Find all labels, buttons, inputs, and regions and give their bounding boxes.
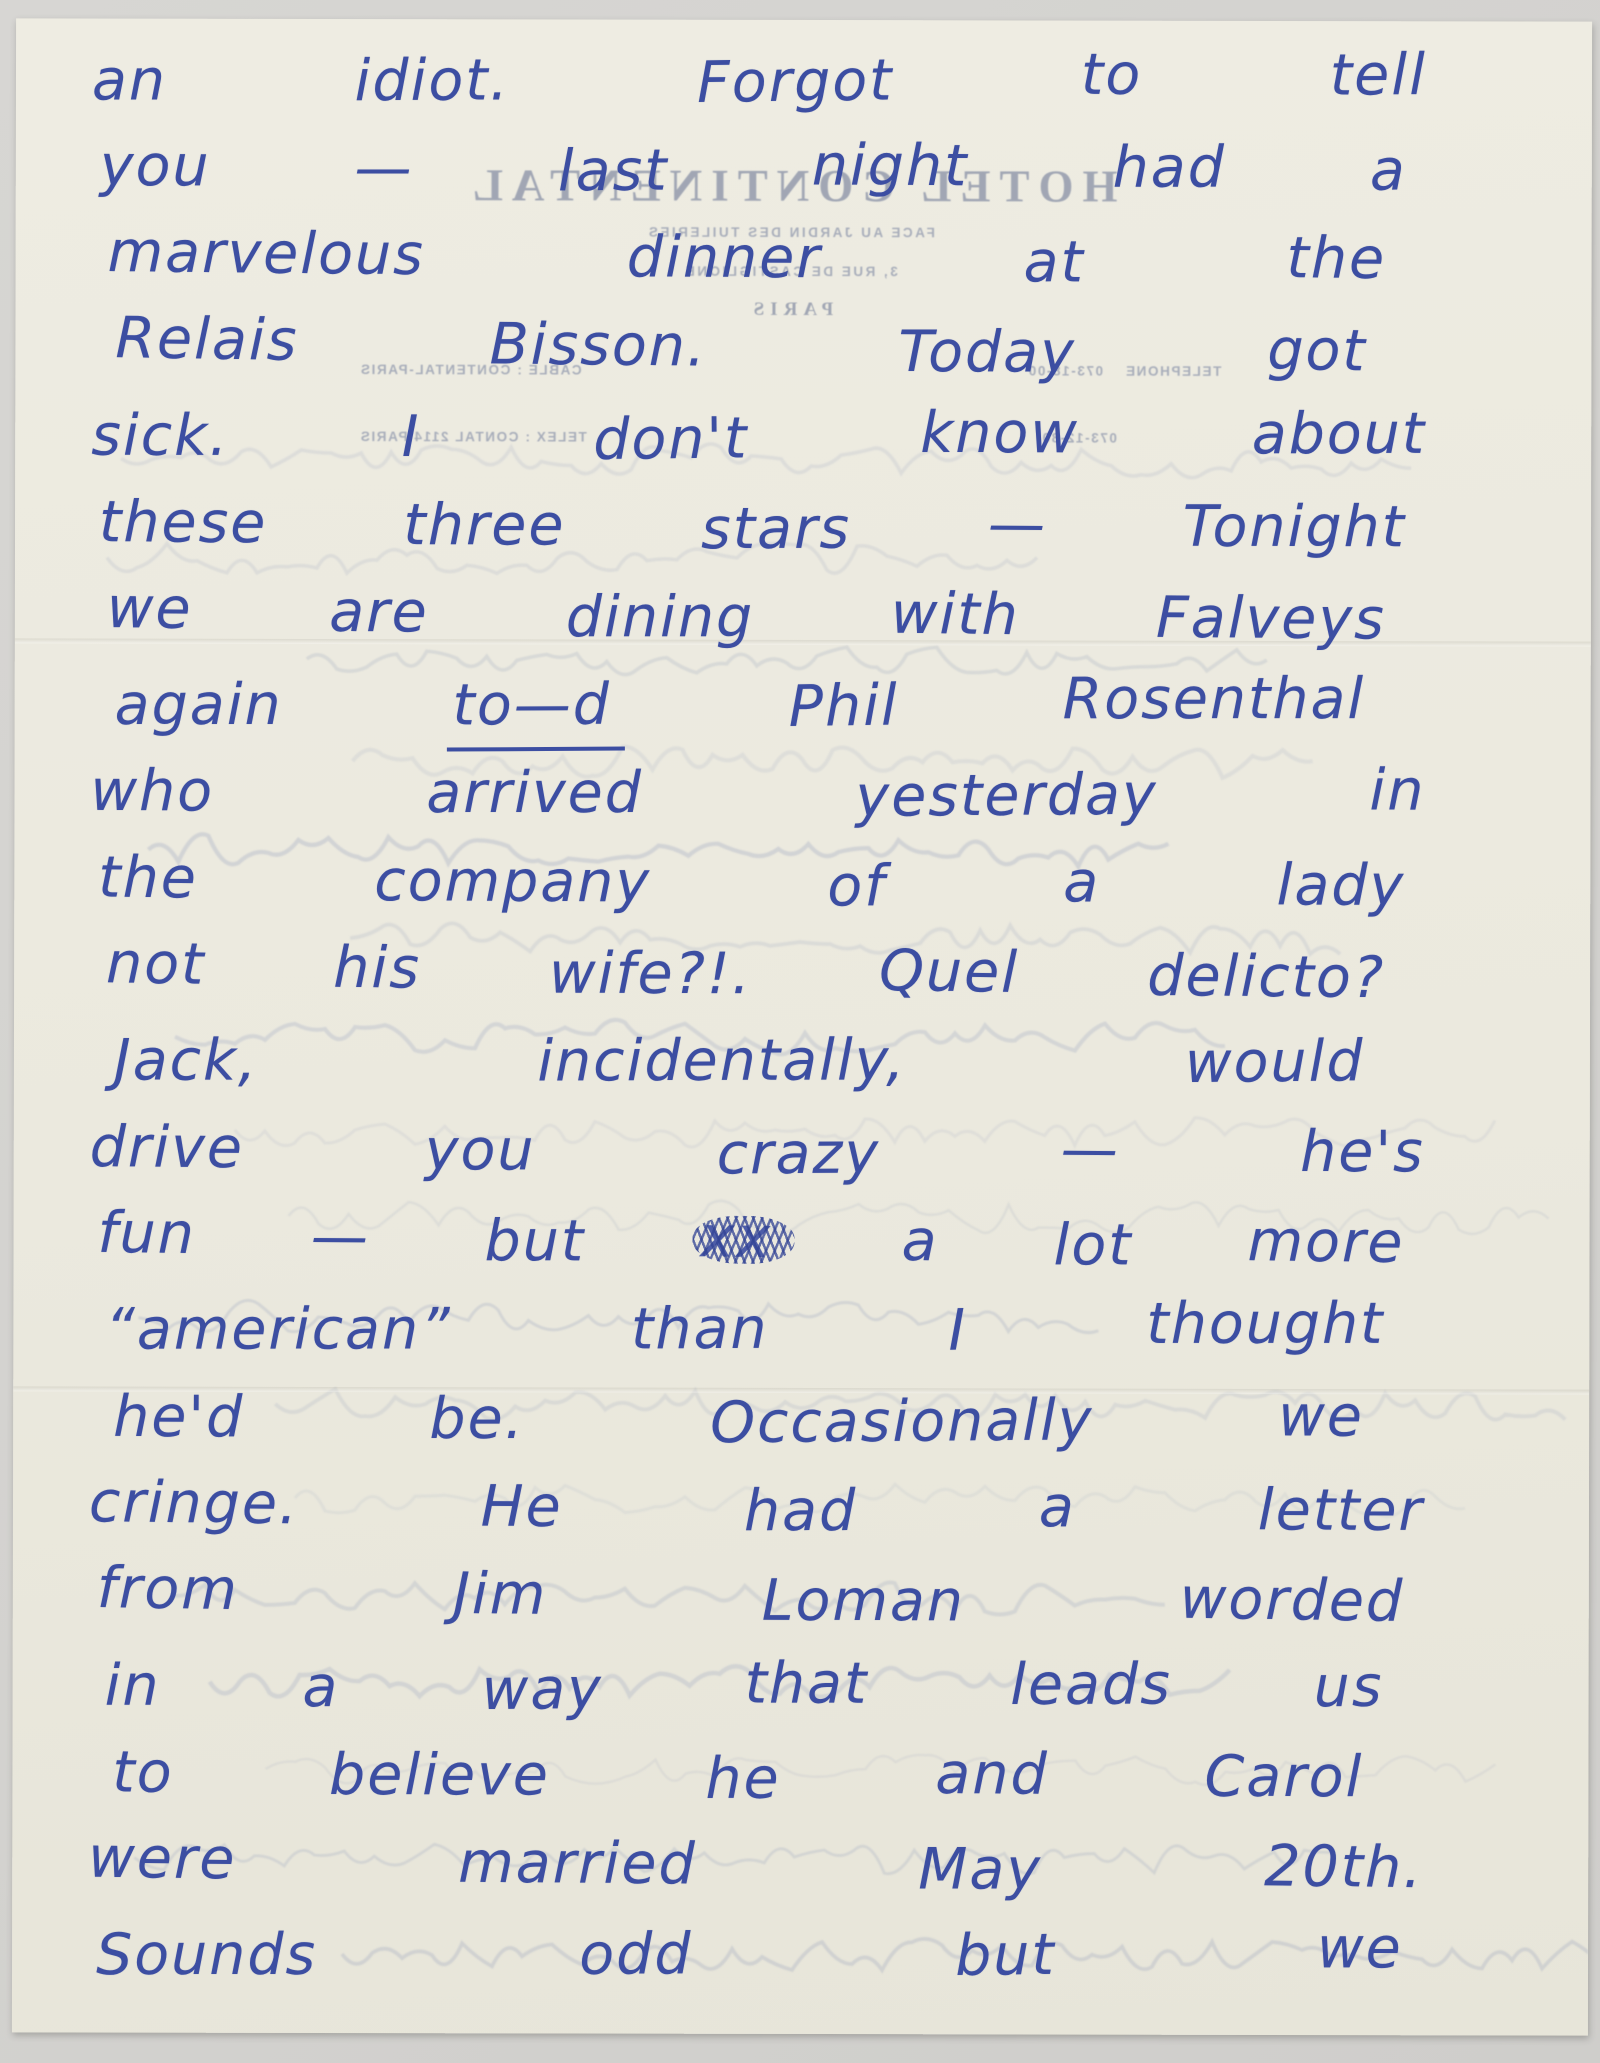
word: dining bbox=[565, 584, 753, 650]
word: idiot. bbox=[354, 47, 510, 114]
word: Tonight bbox=[1183, 493, 1406, 559]
word: had bbox=[744, 1478, 857, 1544]
word: to bbox=[112, 1739, 174, 1805]
letter-line: he'dbe.Occasionallywe bbox=[113, 1385, 1364, 1452]
word: wife?!. bbox=[549, 941, 752, 1008]
letter-line: thecompanyofalady bbox=[98, 847, 1405, 919]
word: Rosenthal bbox=[1063, 666, 1366, 745]
word: Bisson. bbox=[489, 311, 707, 379]
word: he'd bbox=[113, 1383, 244, 1450]
word: Carol bbox=[1204, 1744, 1363, 1810]
letter-line: Soundsoddbutwe bbox=[96, 1917, 1403, 1991]
word: lady bbox=[1276, 852, 1405, 919]
word: don't bbox=[593, 406, 749, 474]
word: incidentally, bbox=[537, 1028, 906, 1095]
word: Phil bbox=[788, 673, 899, 753]
letter-line: inawaythatleadsus bbox=[105, 1651, 1384, 1721]
word: an bbox=[92, 48, 167, 114]
word: leads bbox=[1010, 1652, 1172, 1719]
word: in bbox=[1369, 758, 1425, 824]
word: married bbox=[458, 1830, 697, 1898]
word: his bbox=[333, 935, 421, 1002]
word: be. bbox=[429, 1385, 524, 1451]
letter-line: “american”thanIthought bbox=[105, 1292, 1384, 1365]
letter-line: RelaisBisson.Todaygot bbox=[115, 308, 1367, 386]
letter-line: thesethreestars—Tonight bbox=[99, 491, 1406, 560]
word: fun bbox=[97, 1200, 196, 1267]
word: about bbox=[1252, 401, 1427, 468]
word: Forgot bbox=[697, 47, 894, 115]
word: May bbox=[918, 1837, 1042, 1903]
word: marvelous bbox=[107, 219, 425, 288]
word: I bbox=[948, 1298, 968, 1364]
word: Occasionally bbox=[710, 1387, 1094, 1456]
word: Relais bbox=[115, 305, 299, 374]
word: company bbox=[374, 848, 651, 915]
word: a bbox=[1063, 849, 1101, 915]
word: than bbox=[631, 1296, 769, 1363]
word: that bbox=[744, 1651, 868, 1717]
letter-body: anidiot.Forgottotellyou—lastnighthadamar… bbox=[12, 18, 1592, 2035]
word: stars bbox=[701, 495, 851, 562]
word: he's bbox=[1300, 1119, 1425, 1185]
word: — bbox=[987, 491, 1046, 557]
word: believe bbox=[329, 1742, 550, 1808]
scan-background: HOTEL CONTINENTAL FACE AU JARDIN DES TUI… bbox=[0, 0, 1600, 2063]
word: a bbox=[901, 1208, 938, 1274]
word: — bbox=[311, 1204, 370, 1270]
word: the bbox=[1287, 225, 1387, 292]
word: cringe. bbox=[89, 1469, 300, 1537]
word: the bbox=[98, 844, 198, 911]
word: delicto? bbox=[1147, 943, 1385, 1011]
word: you bbox=[425, 1117, 536, 1183]
word: Falveys bbox=[1156, 585, 1386, 653]
word: letter bbox=[1258, 1477, 1424, 1544]
word: not bbox=[106, 930, 206, 998]
letter-line: cringe.Hehadaletter bbox=[89, 1472, 1424, 1544]
letter-line: weremarriedMay20th. bbox=[88, 1827, 1423, 1903]
word: three bbox=[403, 492, 565, 558]
letter-line: marvelousdinneratthe bbox=[107, 221, 1386, 293]
word: night bbox=[812, 133, 969, 200]
word: are bbox=[329, 579, 429, 646]
word: lot bbox=[1054, 1212, 1133, 1278]
word: a bbox=[1039, 1474, 1077, 1540]
word: — bbox=[354, 135, 413, 201]
word: crazy bbox=[716, 1120, 880, 1187]
letter-line: wearediningwithFalveys bbox=[107, 577, 1386, 652]
word: who bbox=[90, 758, 214, 825]
word: arrived bbox=[426, 760, 643, 826]
word: got bbox=[1267, 317, 1367, 385]
letter-line: tobelieveheandCarol bbox=[112, 1741, 1363, 1810]
word: from bbox=[96, 1555, 239, 1623]
word: I bbox=[402, 404, 421, 470]
letter-line: anidiot.Forgottotell bbox=[92, 42, 1427, 116]
word: — bbox=[1060, 1116, 1119, 1182]
word: sick. bbox=[91, 403, 229, 469]
word: He bbox=[481, 1473, 563, 1539]
word: Jim bbox=[453, 1561, 548, 1628]
word: with bbox=[890, 580, 1020, 648]
word: more bbox=[1247, 1208, 1405, 1276]
word: and bbox=[936, 1741, 1050, 1808]
word: but bbox=[485, 1208, 586, 1274]
word: had bbox=[1113, 135, 1226, 201]
word: yesterday bbox=[855, 762, 1158, 830]
word: were bbox=[88, 1825, 237, 1893]
word: “american” bbox=[105, 1297, 451, 1363]
word: of bbox=[828, 853, 887, 919]
word: last bbox=[557, 138, 668, 205]
word: drive bbox=[90, 1114, 245, 1181]
word: 20th. bbox=[1264, 1833, 1424, 1901]
word: to bbox=[1081, 42, 1142, 108]
letter-paper: HOTEL CONTINENTAL FACE AU JARDIN DES TUI… bbox=[12, 18, 1592, 2035]
word: we bbox=[106, 575, 193, 642]
word: Quel bbox=[879, 938, 1020, 1006]
word: us bbox=[1313, 1654, 1383, 1721]
letter-line: fromJimLomanworded bbox=[97, 1557, 1405, 1636]
word: we bbox=[1317, 1916, 1403, 1982]
letter-line: you—lastnighthada bbox=[100, 135, 1407, 202]
word: would bbox=[1185, 1029, 1365, 1097]
word: we bbox=[1278, 1383, 1364, 1449]
word: again bbox=[115, 672, 283, 751]
word: in bbox=[105, 1653, 161, 1719]
word: thought bbox=[1146, 1291, 1384, 1357]
letter-line: fun—butxxalotmore bbox=[97, 1202, 1404, 1278]
word: dinner bbox=[627, 224, 822, 291]
word: he bbox=[705, 1745, 781, 1811]
letter-line: whoarrivedyesterdayin bbox=[90, 760, 1425, 827]
scribbled-out-word: xx bbox=[700, 1204, 787, 1271]
word: Loman bbox=[762, 1568, 965, 1635]
word: these bbox=[99, 489, 268, 556]
word: know bbox=[921, 400, 1080, 466]
word: tell bbox=[1330, 42, 1427, 109]
word: worded bbox=[1179, 1566, 1404, 1635]
word: way bbox=[481, 1656, 603, 1723]
letter-line: againto—dPhilRosenthal bbox=[114, 667, 1365, 753]
word: Sounds bbox=[96, 1922, 317, 1988]
word: Jack, bbox=[114, 1028, 258, 1094]
letter-line: driveyoucrazy—he's bbox=[90, 1116, 1425, 1185]
word: Today bbox=[898, 319, 1076, 386]
word: a bbox=[1370, 138, 1407, 204]
letter-line: Jack,incidentally,would bbox=[114, 1026, 1365, 1096]
word: a bbox=[302, 1655, 339, 1721]
letter-line: nothiswife?!.Queldelicto? bbox=[106, 933, 1386, 1012]
word: but bbox=[954, 1922, 1056, 1989]
word: you bbox=[100, 133, 211, 200]
word: odd bbox=[579, 1922, 693, 1989]
word: at bbox=[1024, 229, 1085, 295]
underlined-word: to—d bbox=[446, 672, 625, 752]
letter-line: sick.Idon'tknowabout bbox=[91, 401, 1426, 471]
